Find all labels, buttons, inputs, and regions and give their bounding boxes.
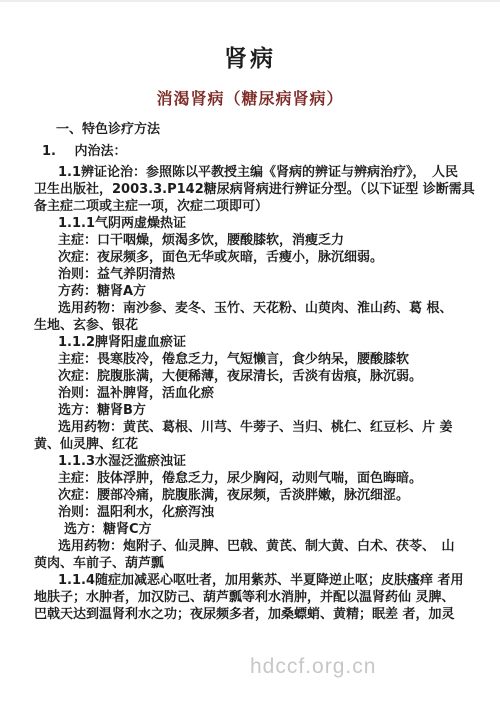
text-line: 备主症二项或主症一项，次症二项即可） [34,198,470,215]
text-line: 选用药物：炮附子、仙灵脾、巴戟、黄芪、制大黄、白术、茯苓、 山 [34,538,470,555]
text-line: 选方：糖肾B方 [34,402,470,419]
text-line: 地肤子；水肿者，加汉防己、葫芦瓢等利水消肿，并配以温肾药仙 灵脾、 [34,589,470,606]
text-line: 主症：畏寒肢冷，倦怠乏力，气短懒言，食少纳呆，腰酸膝软 [34,351,470,368]
text-line: 治则：温阳利水，化瘀泻浊 [34,504,470,521]
text-line: 次症：脘腹胀满，大便稀薄，夜尿清长，舌淡有齿痕，脉沉弱。 [34,368,470,385]
document-page: 肾病 消渴肾病（糖尿病肾病） 一、特色诊疗方法 1. 内治法： 1.1辨证论治：… [0,0,500,707]
text-line: 黄、仙灵脾、红花 [34,436,470,453]
text-line: 1.1.1气阴两虚燥热证 [34,215,470,232]
text-line: 选用药物：黄芪、葛根、川芎、牛蒡子、当归、桃仁、红豆杉、片 姜 [34,419,470,436]
text-line: 次症：腰部冷痛，脘腹胀满，夜尿频，舌淡胖嫩，脉沉细涩。 [34,487,470,504]
watermark: hdccf.org.cn [250,655,376,679]
page-subtitle: 消渴肾病（糖尿病肾病） [0,90,500,108]
text-line: 选用药物：南沙参、麦冬、玉竹、天花粉、山萸肉、淮山药、葛 根、 [34,300,470,317]
text-line: 生地、玄参、银花 [34,317,470,334]
text-line: 萸肉、车前子、葫芦瓢 [34,555,470,572]
text-line: 次症：夜尿频多，面色无华或灰暗，舌瘦小，脉沉细弱。 [34,249,470,266]
text-line: 巴戟天达到温肾利水之功；夜尿频多者，加桑螵蛸、黄精；眠差 者，加灵 [34,606,470,623]
text-line: 主症：肢体浮肿，倦怠乏力，尿少胸闷，动则气喘，面色晦暗。 [34,470,470,487]
page-title: 肾病 [0,0,500,72]
text-line: 1.1辨证论治：参照陈以平教授主编《肾病的辨证与辨病治疗》， 人民 [34,164,470,181]
text-line: 主症：口干咽燥，烦渴多饮，腰酸膝软，消瘦乏力 [34,232,470,249]
text-line: 方药：糖肾A方 [34,283,470,300]
list-item-number: 1. [42,143,56,160]
list-item-inner-treatment: 1. 内治法： [42,143,500,160]
text-line: 1.1.2脾肾阳虚血瘀证 [34,334,470,351]
text-line: 1.1.3水湿泛滥瘀浊证 [34,453,470,470]
section-heading: 一、特色诊疗方法 [56,121,500,138]
text-line: 1.1.4随症加减恶心呕吐者，加用紫苏、半夏降逆止呕；皮肤瘙痒 者用 [34,572,470,589]
text-line: 卫生出版社，2003.3.P142糖尿病肾病进行辨证分型。（以下证型 诊断需具 [34,181,470,198]
text-line: 治则：温补脾肾，活血化瘀 [34,385,470,402]
text-line: 选方：糖肾C方 [34,521,470,538]
list-item-label: 内治法： [75,143,127,160]
page-top-edge [0,0,500,2]
text-line: 治则：益气养阴清热 [34,266,470,283]
document-body: 1.1辨证论治：参照陈以平教授主编《肾病的辨证与辨病治疗》， 人民 卫生出版社，… [34,164,470,623]
